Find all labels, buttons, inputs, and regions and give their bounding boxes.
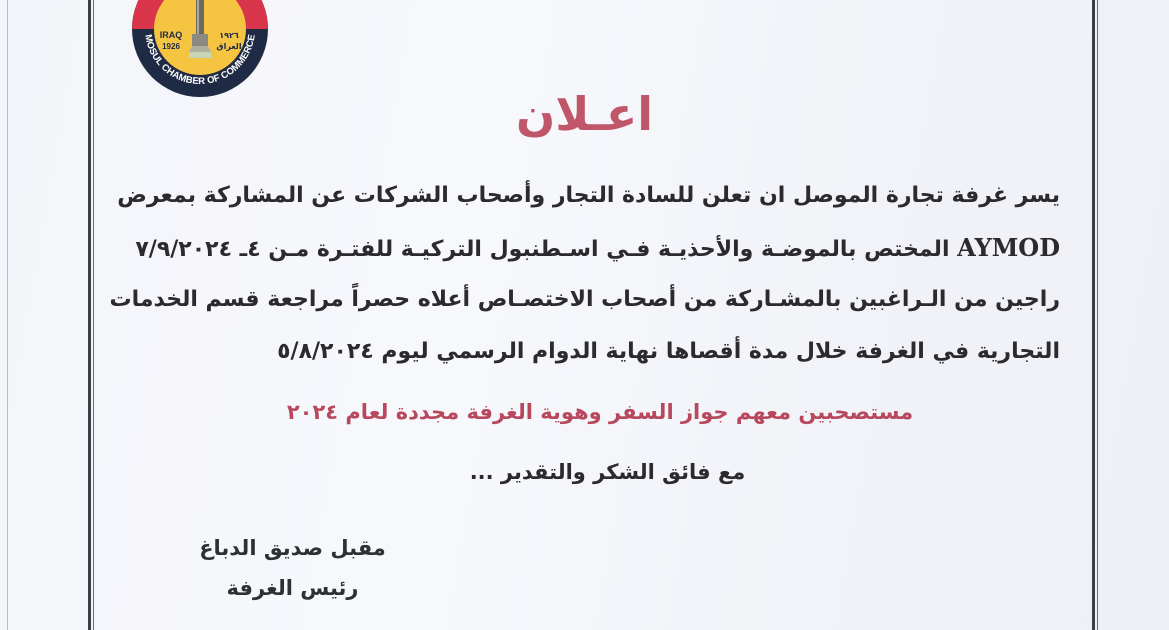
closing-remark: مع فائق الشكر والتقدير ... bbox=[0, 454, 1169, 490]
requirements-note: مستصحبين معهم جواز السفر وهوية الغرفة مج… bbox=[0, 394, 1169, 430]
logo-year-text: 1926 bbox=[162, 42, 180, 51]
exhibition-name: AYMOD bbox=[957, 233, 1060, 262]
body-line-4: التجارية في الغرفة خلال مدة أقصاها نهاية… bbox=[150, 328, 1060, 380]
logo-arabic-iraq: العراق bbox=[216, 42, 241, 51]
body-line-2: AYMOD المختص بالموضـة والأحذيـة فـي اسـط… bbox=[150, 224, 1060, 276]
body-line-2-text: المختص بالموضـة والأحذيـة فـي اسـطنبول ا… bbox=[135, 237, 949, 262]
signature-block: مقبل صديق الدباغ رئيس الغرفة bbox=[180, 528, 405, 608]
logo-iraq-text: IRAQ bbox=[160, 30, 183, 40]
body-line-1: يسر غرفة تجارة الموصل ان تعلن للسادة الت… bbox=[150, 172, 1060, 224]
document-page: IRAQ 1926 ١٩٢٦ العراق MOSUL CHAMBER OF C… bbox=[0, 0, 1169, 630]
signatory-position: رئيس الغرفة bbox=[180, 568, 405, 608]
body-line-3: راجين من الـراغبين بالمشـاركة من أصحاب ا… bbox=[150, 276, 1060, 328]
announcement-body: يسر غرفة تجارة الموصل ان تعلن للسادة الت… bbox=[150, 172, 1060, 380]
announcement-title: اعـلان bbox=[0, 84, 1169, 144]
logo-arabic-year: ١٩٢٦ bbox=[219, 31, 239, 40]
signatory-name: مقبل صديق الدباغ bbox=[180, 528, 405, 568]
